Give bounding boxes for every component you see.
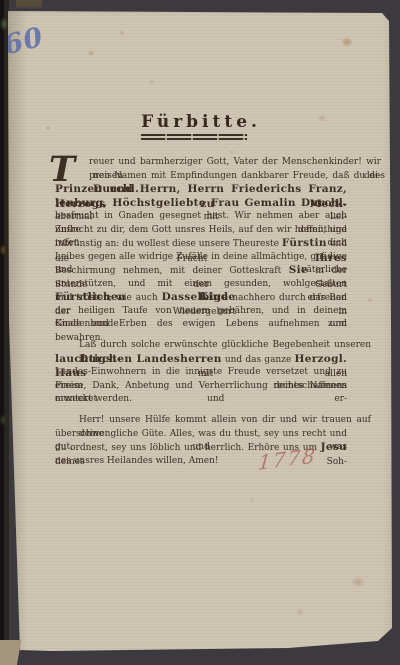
document-body: T reuer und barmherziger Gott, Vater der…: [55, 156, 347, 476]
text-line: Zuflucht zu dir, dem Gott unsres Heils, …: [55, 224, 347, 238]
emphasized-text: Fürstin: [282, 237, 327, 249]
body-text: und das ganze: [222, 355, 295, 365]
text-line: Preise, Dank, Anbetung und Verherrlichun…: [55, 380, 347, 394]
body-text: Beschirmung nehmen, mit deiner Gotteskra…: [55, 266, 289, 276]
text-line: lenburg, Höchstgeliebte Frau Gemalin Dur…: [55, 197, 347, 211]
body-text: unterstützen, und mit einem gesunden, wo…: [55, 279, 347, 289]
emphasized-text: Jesu: [321, 441, 347, 453]
page-title: Fürbitte.: [55, 112, 347, 132]
text-line: der heiligen Taufe von neuem gebähren, u…: [55, 305, 347, 319]
text-line: lauchtigsten Landesherren und das ganze …: [55, 353, 347, 367]
body-text: Laß durch solche erwünschte glückliche B…: [79, 340, 371, 350]
text-line: Landes-Einwohnern in die innigste Freude…: [55, 366, 347, 380]
emphasized-text: lenburg, Höchstgeliebte Frau Gemalin Dur…: [55, 197, 347, 209]
text-line: überschwengliche Güte. Alles, was du thu…: [55, 428, 347, 442]
body-text: nen Namen mit Empfindungen dankbarer Fre…: [93, 171, 385, 181]
title-rule-bottom-line: [141, 138, 247, 140]
body-text: inbrünstig an: du wollest diese unsere T…: [55, 239, 282, 249]
emphasized-text: lauchtigsten Landesherren: [55, 353, 222, 365]
title-rule-top-line: [141, 134, 247, 136]
drop-cap-initial: T: [49, 155, 75, 185]
text-line: Herr! unsere Hülfe kommt allein von dir …: [55, 414, 371, 428]
emphasized-text: Sie: [289, 264, 308, 276]
body-text: und trösten; wie auch: [55, 293, 162, 303]
body-text: nes unsres Heilandes willen, Amen!: [55, 456, 219, 466]
paragraph: reuer und barmherziger Gott, Vater der M…: [55, 156, 347, 332]
emphasized-text: Dasselbige: [162, 291, 229, 303]
title-rule: [141, 134, 247, 141]
book-binding: [0, 0, 9, 665]
page-paper: 60 Fürbitte. T reuer und barmherziger Go…: [0, 0, 400, 665]
text-line: Laß durch solche erwünschte glückliche B…: [55, 339, 371, 353]
book-edge-top: [16, 0, 42, 9]
text-line: reuer und barmherziger Gott, Vater der M…: [55, 156, 381, 170]
scan-background: 60 Fürbitte. T reuer und barmherziger Go…: [0, 0, 400, 665]
text-line: Kinde und Erben des ewigen Lebens aufneh…: [55, 318, 347, 332]
book-edge-bottom: [0, 640, 34, 665]
text-line: Prinzen und Herrn, Herrn Friederichs Fra…: [55, 183, 347, 197]
text-line: besfrucht in Gnaden gesegnet hast. Wir n…: [55, 210, 347, 224]
body-text: muntert werden.: [55, 394, 132, 404]
text-line: unterstützen, und mit einem gesunden, wo…: [55, 278, 347, 292]
text-line: nen Namen mit Empfindungen dankbarer Fre…: [55, 170, 385, 184]
text-line: Leibes gegen alle widrige Zufälle in dei…: [55, 251, 347, 265]
text-line: Beschirmung nehmen, mit deiner Gotteskra…: [55, 264, 347, 278]
text-line: inbrünstig an: du wollest diese unsere T…: [55, 237, 347, 251]
text-line: und trösten; wie auch Dasselbige nachher…: [55, 291, 347, 305]
paragraph: Laß durch solche erwünschte glückliche B…: [55, 339, 347, 407]
